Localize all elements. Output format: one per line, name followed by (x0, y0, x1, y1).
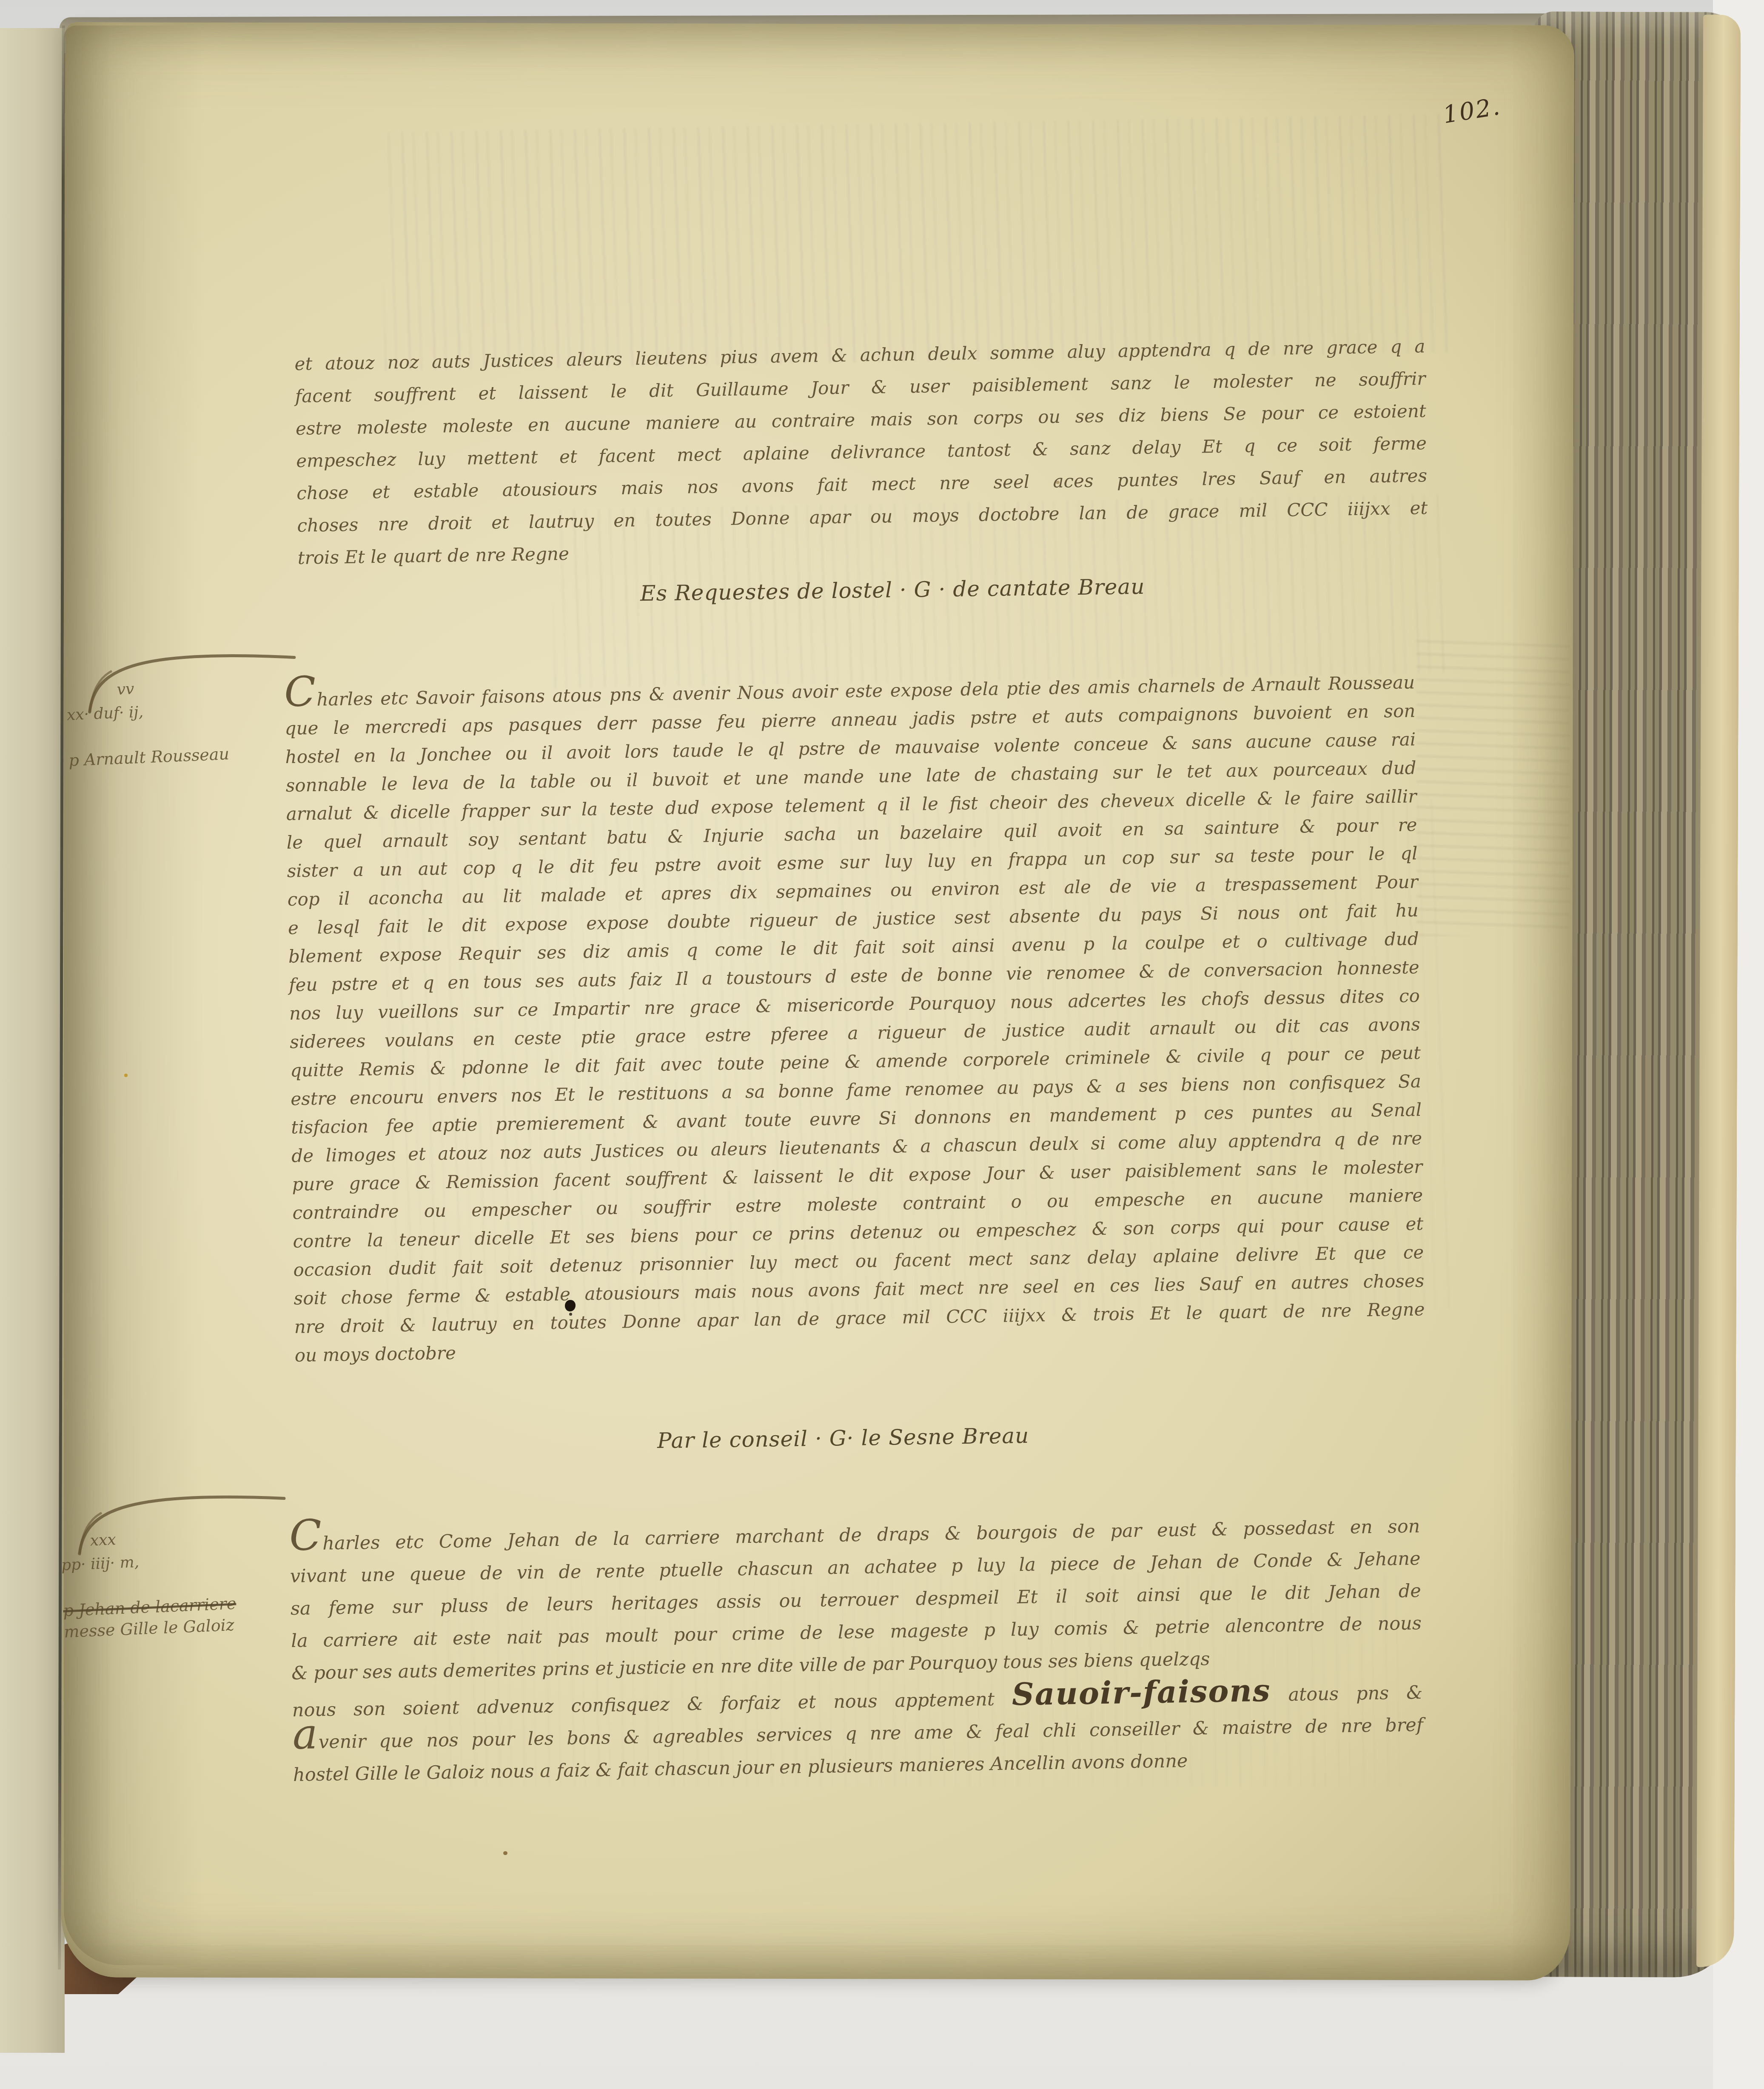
outer-leaf-edge (1696, 15, 1741, 1967)
ink-speck (503, 1851, 507, 1855)
margin-bracket-flourish (71, 1477, 295, 1563)
grant-letter-paragraph: Charles etc Come Jehan de la carriere ma… (289, 1510, 1424, 1791)
first-record-paragraph: et atouz noz auts Justices aleurs lieute… (294, 330, 1428, 574)
council-subscription-line: Par le conseil · G· le Sesne Breau (657, 1423, 1029, 1453)
grant-paragraph-lines-top: Charles etc Come Jehan de la carriere ma… (289, 1510, 1422, 1690)
underlying-page-edge (0, 28, 65, 2053)
manuscript-photo: { "colors": { "ink": "rgba(86,71,44,0.90… (0, 0, 1764, 2089)
savoir-faisons-emphasis: Sauoir-faisons (1012, 1672, 1271, 1713)
line-text-after: atous pns & (1271, 1682, 1423, 1706)
wax-speck (124, 1074, 128, 1077)
line-text-before: nous son soient advenuz confisquez & for… (292, 1688, 1012, 1721)
margin-note-arnault-rousseau: vv xx· duf· ij, p Arnault Rousseau (66, 676, 230, 770)
remission-letter-paragraph: Charles etc Savoir faisons atous pns & a… (284, 668, 1425, 1370)
margin-bracket-flourish (81, 635, 305, 721)
margin-note-jehan-carriere: xxx pp· iiij· m, p Jehan de lacarriere m… (60, 1526, 237, 1642)
ink-speck (1056, 481, 1060, 484)
